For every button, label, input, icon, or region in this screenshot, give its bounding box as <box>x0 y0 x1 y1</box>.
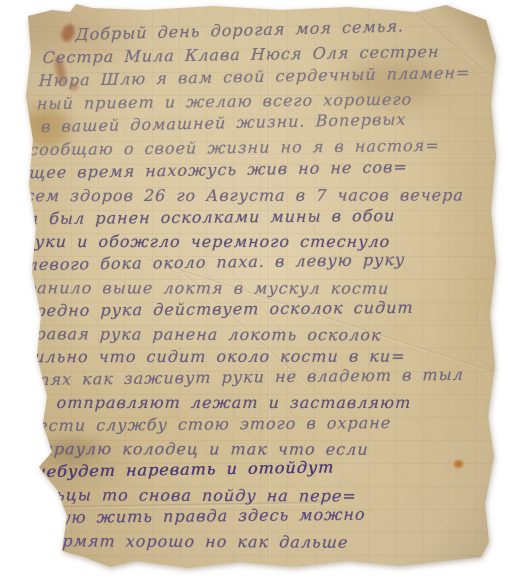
handwritten-line: я был ранен осколками мины в обои <box>27 203 496 230</box>
handwritten-line: кормят хорошо но как дальше <box>41 529 498 554</box>
scanned-letter: Добрый день дорогая моя семья. Сестра Ми… <box>0 0 508 588</box>
paper-shadow: Добрый день дорогая моя семья. Сестра Ми… <box>18 4 500 576</box>
letter-paper: Добрый день дорогая моя семья. Сестра Ми… <box>18 4 500 576</box>
handwritten-line: правая рука ранена локоть осколок <box>24 322 497 347</box>
handwritten-line: вредно рука действует осколок сидит <box>25 295 497 322</box>
letter-text: Добрый день дорогая моя семья. Сестра Ми… <box>21 21 498 573</box>
handwritten-line: довую жить правда здесь можно <box>29 501 498 529</box>
handwritten-line: стях как заживут руки не владеют в тыл <box>24 362 497 391</box>
handwritten-line: нести службу стою этого в охране <box>26 410 497 437</box>
